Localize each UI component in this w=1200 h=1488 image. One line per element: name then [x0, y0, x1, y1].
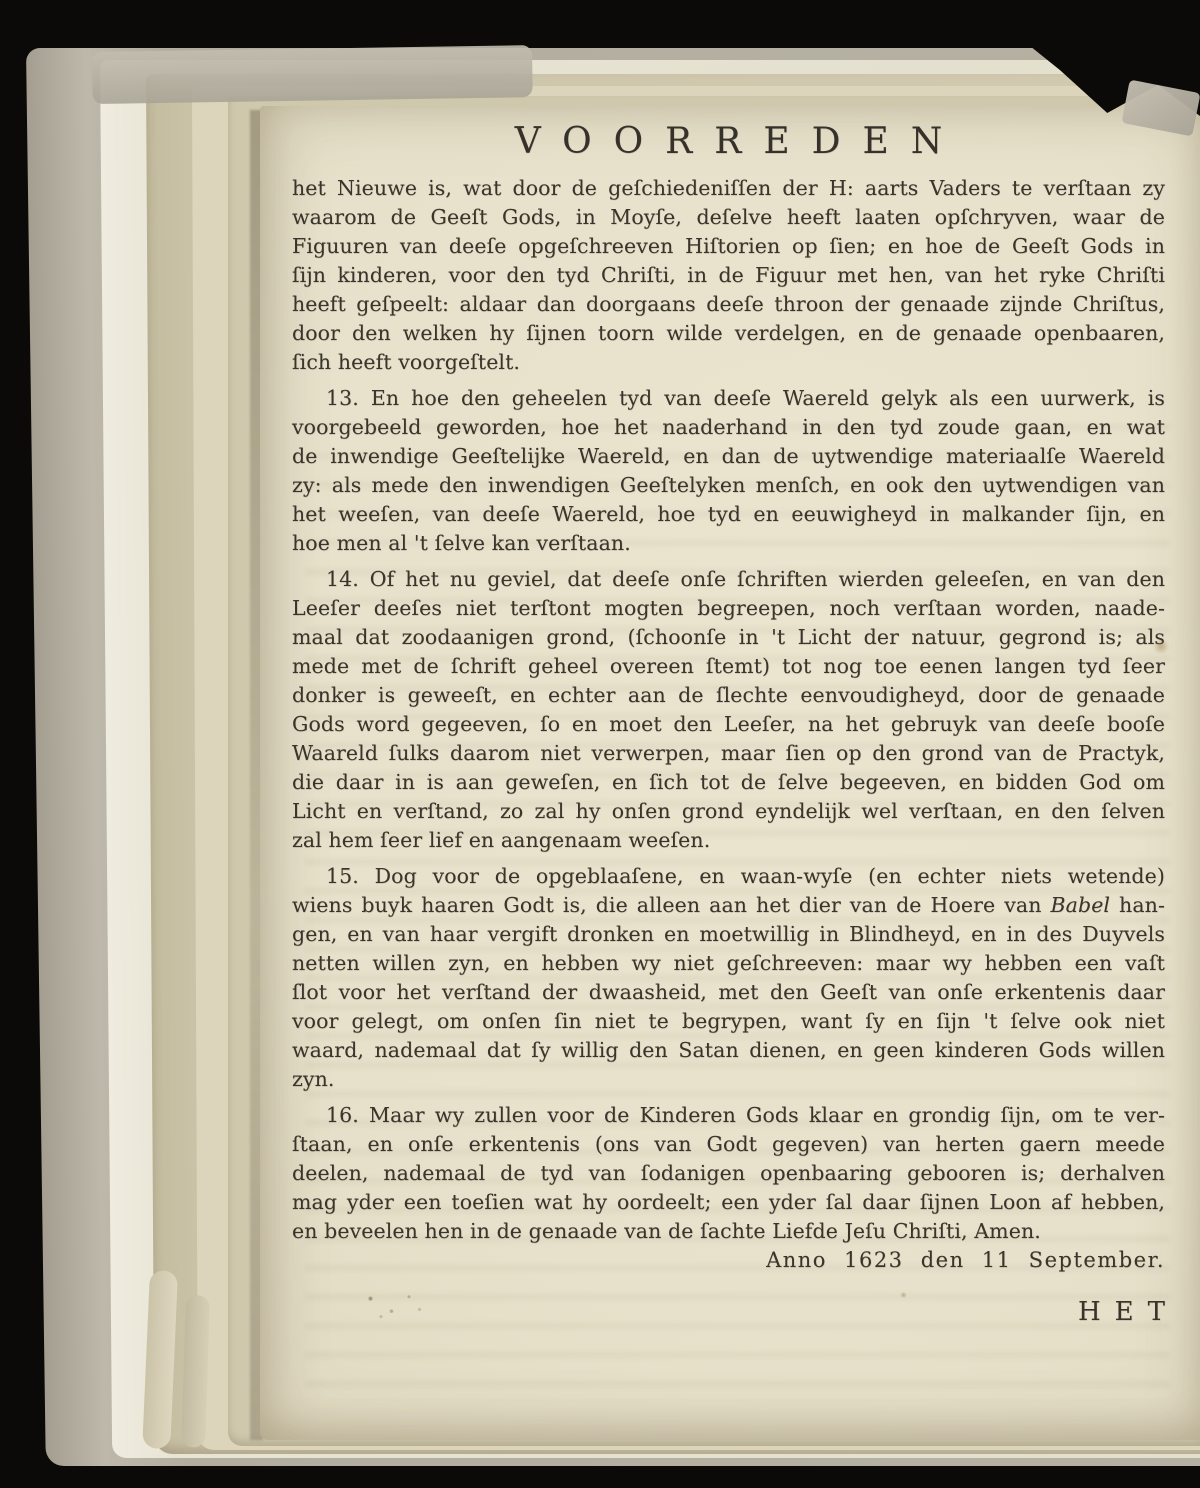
- text-line: waarom de Geeſt Gods, in Moyſe, deſelve …: [292, 203, 1165, 232]
- text-column: VOORREDEN het Nieuwe is, wat door de geſ…: [292, 122, 1165, 1327]
- text-line: mag yder een toeſien wat hy oordeelt; ee…: [292, 1188, 1165, 1217]
- text-line: Figuuren van deeſe opgeſchreeven Hiſtori…: [292, 232, 1165, 261]
- text-line: Licht en verſtand, zo zal hy onſen grond…: [292, 797, 1165, 826]
- curled-page-edge: [181, 1295, 210, 1448]
- text-line: ſijn kinderen, voor den tyd Chriſti, in …: [292, 261, 1165, 290]
- text-fragment: han-: [1110, 893, 1165, 917]
- emphasis-babel: Babel: [1050, 893, 1110, 917]
- text-line: ſtaan, en onſe erkentenis (ons van Godt …: [292, 1130, 1165, 1159]
- text-line: de inwendige Geeſtelijke Waereld, en dan…: [292, 442, 1165, 471]
- text-line: zal hem ſeer lief en aangenaam weeſen.: [292, 826, 1165, 855]
- text-line: ſich heeft voorgeſtelt.: [292, 348, 1165, 377]
- text-line: heeft geſpeelt: aldaar dan doorgaans dee…: [292, 290, 1165, 319]
- text-line: waard, nademaal dat ſy willig den Satan …: [292, 1036, 1165, 1065]
- text-line: door den welken hy ſijnen toorn wilde ve…: [292, 319, 1165, 348]
- text-line: ſlot voor het verſtand der dwaasheid, me…: [292, 978, 1165, 1007]
- text-line: netten willen zyn, en hebben wy niet geſ…: [292, 949, 1165, 978]
- text-line: gen, en van haar vergift dronken en moet…: [292, 920, 1165, 949]
- date-line: Anno 1623 den 11 September.: [292, 1246, 1165, 1275]
- text-line: zyn.: [292, 1065, 1165, 1094]
- text-line: het weeſen, van deeſe Waereld, hoe tyd e…: [292, 500, 1165, 529]
- text-line: 16. Maar wy zullen voor de Kinderen Gods…: [292, 1101, 1165, 1130]
- text-line: Leeſer deeſes niet terſtont mogten begre…: [292, 594, 1165, 623]
- text-line: donker is geweeſt, en echter aan de ſlec…: [292, 681, 1165, 710]
- paragraph-15: 15. Dog voor de opgeblaaſene, en waan-wy…: [292, 862, 1165, 1094]
- text-line: en beveelen hen in de genaade van de ſac…: [292, 1217, 1165, 1246]
- text-line: hoe men al 't ſelve kan verſtaan.: [292, 529, 1165, 558]
- paragraph-16: 16. Maar wy zullen voor de Kinderen Gods…: [292, 1101, 1165, 1246]
- text-line: zy: als mede den inwendigen Geeſtelyken …: [292, 471, 1165, 500]
- text-line: voor gelegt, om onſen ſin niet te begryp…: [292, 1007, 1165, 1036]
- paper-stain: [360, 1286, 430, 1322]
- paragraph-13: 13. En hoe den geheelen tyd van deeſe Wa…: [292, 384, 1165, 558]
- text-line: het Nieuwe is, wat door de geſchiedeniſſ…: [292, 174, 1165, 203]
- text-line: deelen, nademaal de tyd van ſodanigen op…: [292, 1159, 1165, 1188]
- text-line: 15. Dog voor de opgeblaaſene, en waan-wy…: [292, 862, 1165, 891]
- paragraph-intro: het Nieuwe is, wat door de geſchiedeniſſ…: [292, 174, 1165, 377]
- text-line: mede met de ſchrift geheel overeen ſtemt…: [292, 652, 1165, 681]
- cover-fold: [92, 45, 533, 104]
- paper-stain: [1152, 640, 1170, 653]
- page-heading: VOORREDEN: [292, 122, 1165, 162]
- text-fragment: wiens buyk haaren Godt is, die alleen aa…: [292, 893, 1050, 917]
- paper-stain: [900, 1292, 907, 1298]
- text-line: 14. Of het nu geviel, dat deeſe onſe ſch…: [292, 565, 1165, 594]
- text-line: Gods word gegeeven, ſo en moet den Leeſe…: [292, 710, 1165, 739]
- text-line: maal dat zoodaanigen grond, (ſchoonſe in…: [292, 623, 1165, 652]
- text-line: wiens buyk haaren Godt is, die alleen aa…: [292, 891, 1165, 920]
- text-line: die daar in is aan geweſen, en ſich tot …: [292, 768, 1165, 797]
- paragraph-14: 14. Of het nu geviel, dat deeſe onſe ſch…: [292, 565, 1165, 855]
- text-line: voorgebeeld geworden, hoe het naaderhand…: [292, 413, 1165, 442]
- document-page: VOORREDEN het Nieuwe is, wat door de geſ…: [260, 106, 1200, 1440]
- text-line: 13. En hoe den geheelen tyd van deeſe Wa…: [292, 384, 1165, 413]
- text-line: Waareld ſulks daarom niet verwerpen, maa…: [292, 739, 1165, 768]
- book-scan: VOORREDEN het Nieuwe is, wat door de geſ…: [0, 0, 1200, 1488]
